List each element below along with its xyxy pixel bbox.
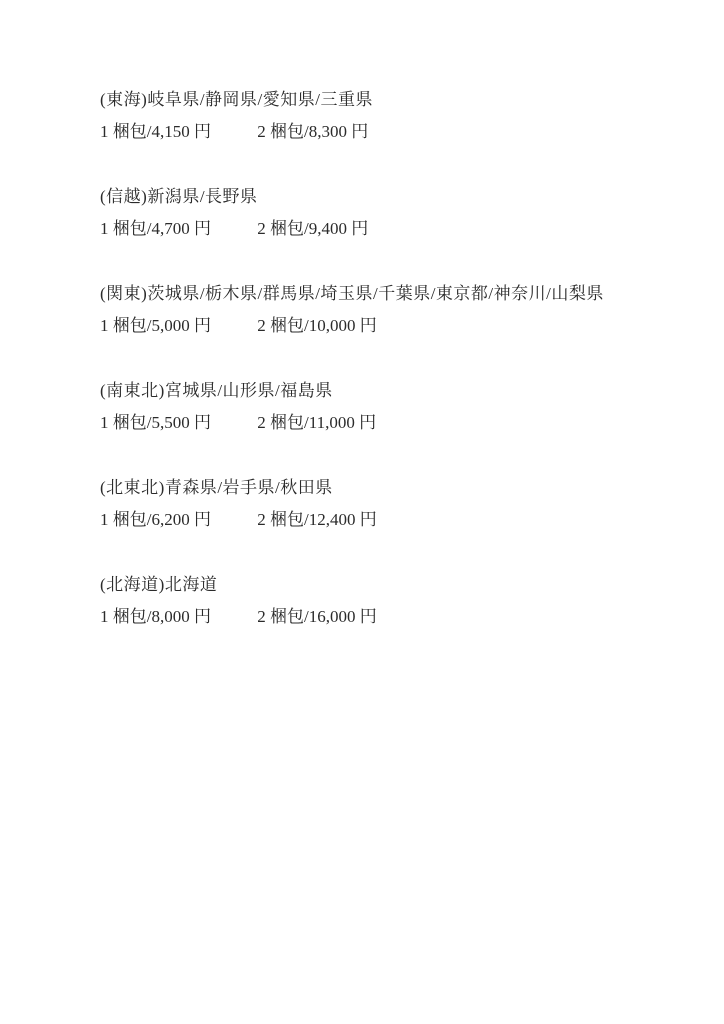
price-two-packages: 2 梱包/11,000 円 [257,407,376,439]
region-block-kanto: (関東)茨城県/栃木県/群馬県/埼玉県/千葉県/東京都/神奈川/山梨県 1 梱包… [100,278,684,342]
region-heading: (北海道)北海道 [100,569,684,601]
price-two-packages: 2 梱包/16,000 円 [257,601,376,633]
price-one-package: 1 梱包/6,200 円 [100,504,253,536]
price-line: 1 梱包/6,200 円 2 梱包/12,400 円 [100,504,684,536]
region-heading: (信越)新潟県/長野県 [100,181,684,213]
shipping-price-document: (東海)岐阜県/静岡県/愛知県/三重県 1 梱包/4,150 円 2 梱包/8,… [100,84,684,666]
price-line: 1 梱包/8,000 円 2 梱包/16,000 円 [100,601,684,633]
region-heading: (南東北)宮城県/山形県/福島県 [100,375,684,407]
price-two-packages: 2 梱包/8,300 円 [257,116,368,148]
price-one-package: 1 梱包/5,500 円 [100,407,253,439]
region-block-shinetsu: (信越)新潟県/長野県 1 梱包/4,700 円 2 梱包/9,400 円 [100,181,684,245]
price-line: 1 梱包/5,500 円 2 梱包/11,000 円 [100,407,684,439]
region-heading: (東海)岐阜県/静岡県/愛知県/三重県 [100,84,684,116]
region-block-hokkaido: (北海道)北海道 1 梱包/8,000 円 2 梱包/16,000 円 [100,569,684,633]
price-two-packages: 2 梱包/12,400 円 [257,504,376,536]
region-heading: (関東)茨城県/栃木県/群馬県/埼玉県/千葉県/東京都/神奈川/山梨県 [100,278,684,310]
price-line: 1 梱包/4,700 円 2 梱包/9,400 円 [100,213,684,245]
price-one-package: 1 梱包/4,150 円 [100,116,253,148]
price-line: 1 梱包/4,150 円 2 梱包/8,300 円 [100,116,684,148]
region-block-tokai: (東海)岐阜県/静岡県/愛知県/三重県 1 梱包/4,150 円 2 梱包/8,… [100,84,684,148]
region-block-minami-tohoku: (南東北)宮城県/山形県/福島県 1 梱包/5,500 円 2 梱包/11,00… [100,375,684,439]
region-block-kita-tohoku: (北東北)青森県/岩手県/秋田県 1 梱包/6,200 円 2 梱包/12,40… [100,472,684,536]
price-one-package: 1 梱包/5,000 円 [100,310,253,342]
price-two-packages: 2 梱包/9,400 円 [257,213,368,245]
price-one-package: 1 梱包/4,700 円 [100,213,253,245]
region-heading: (北東北)青森県/岩手県/秋田県 [100,472,684,504]
price-two-packages: 2 梱包/10,000 円 [257,310,376,342]
price-one-package: 1 梱包/8,000 円 [100,601,253,633]
price-line: 1 梱包/5,000 円 2 梱包/10,000 円 [100,310,684,342]
